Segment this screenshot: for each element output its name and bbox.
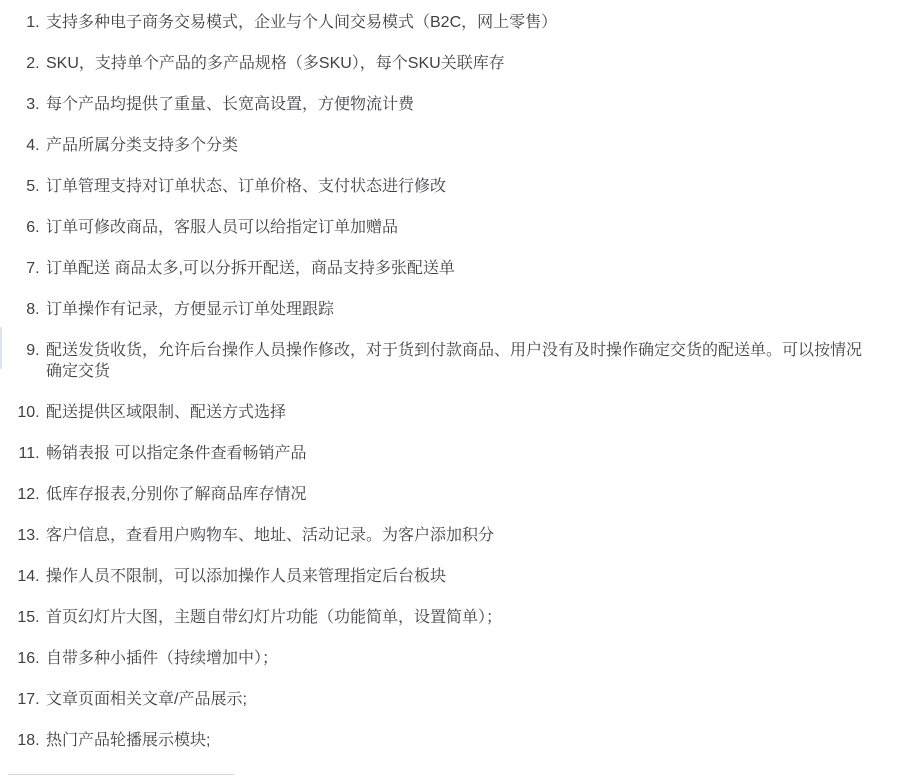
bottom-divider [8,774,234,775]
list-item: 热门产品轮播展示模块; [44,730,868,751]
list-item: 配送发货收货，允许后台操作人员操作修改，对于货到付款商品、用户没有及时操作确定交… [44,340,868,382]
list-item: 产品所属分类支持多个分类 [44,135,868,156]
list-item: 订单可修改商品，客服人员可以给指定订单加赠品 [44,217,868,238]
list-item: 文章页面相关文章/产品展示; [44,689,868,710]
list-item: 首页幻灯片大图，主题自带幻灯片功能（功能简单，设置简单）； [44,607,868,628]
list-item: 每个产品均提供了重量、长宽高设置，方便物流计费 [44,94,868,115]
list-item: SKU，支持单个产品的多产品规格（多SKU），每个SKU关联库存 [44,53,868,74]
list-item: 客户信息，查看用户购物车、地址、活动记录。为客户添加积分 [44,525,868,546]
list-item: 支持多种电子商务交易模式，企业与个人间交易模式（B2C，网上零售） [44,12,868,33]
feature-list: 支持多种电子商务交易模式，企业与个人间交易模式（B2C，网上零售） SKU，支持… [0,12,902,751]
list-item: 畅销表报 可以指定条件查看畅销产品 [44,443,868,464]
list-item: 订单操作有记录，方便显示订单处理跟踪 [44,299,868,320]
list-item: 订单配送 商品太多,可以分拆开配送，商品支持多张配送单 [44,258,868,279]
list-item: 操作人员不限制，可以添加操作人员来管理指定后台板块 [44,566,868,587]
list-item: 低库存报表,分别你了解商品库存情况 [44,484,868,505]
list-item: 配送提供区域限制、配送方式选择 [44,402,868,423]
scrollbar-fragment [0,327,2,369]
list-item: 自带多种小插件（持续增加中）； [44,648,868,669]
list-item: 订单管理支持对订单状态、订单价格、支付状态进行修改 [44,176,868,197]
